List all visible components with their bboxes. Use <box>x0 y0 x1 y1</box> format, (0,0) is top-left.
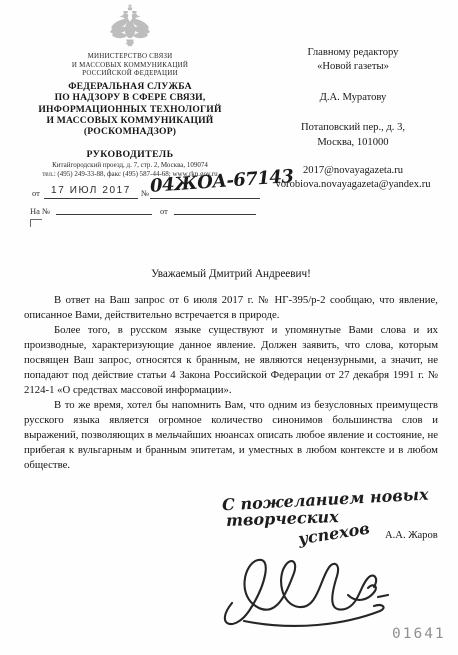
reply-from-label: от <box>160 206 168 216</box>
body-paragraph: Более того, в русском языке существуют и… <box>24 323 438 398</box>
reply-number-line <box>56 214 152 215</box>
agency-line: ФЕДЕРАЛЬНАЯ СЛУЖБА <box>10 81 250 92</box>
addressee-role-line: «Новой газеты» <box>252 60 454 74</box>
agency-line: ПО НАДЗОРУ В СФЕРЕ СВЯЗИ, <box>10 92 250 103</box>
addressee-address-line: Потаповский пер., д. 3, <box>252 121 454 135</box>
letterhead-address: Китайгородский проезд, д. 7, стр. 2, Мос… <box>10 161 250 170</box>
agency-line: (РОСКОМНАДЗОР) <box>10 126 250 137</box>
spacer <box>252 150 454 164</box>
outgoing-from-label: от <box>32 188 40 198</box>
signature-scrawl <box>202 533 392 633</box>
reply-to-label: На № <box>30 206 50 216</box>
ministry-line: И МАССОВЫХ КОММУНИКАЦИЙ <box>10 61 250 70</box>
outgoing-number-label: № <box>141 188 149 198</box>
position-title: РУКОВОДИТЕЛЬ <box>10 149 250 160</box>
addressee-role-line: Главному редактору <box>252 46 454 60</box>
addressee-name: Д.А. Муратову <box>252 91 454 105</box>
ministry-name: МИНИСТЕРСТВО СВЯЗИ И МАССОВЫХ КОММУНИКАЦ… <box>10 52 250 78</box>
coat-of-arms-eagle-icon <box>109 4 151 50</box>
body-paragraph: В ответ на Ваш запрос от 6 июля 2017 г. … <box>24 293 438 323</box>
agency-line: ИНФОРМАЦИОННЫХ ТЕХНОЛОГИЙ <box>10 104 250 115</box>
spacer <box>252 75 454 91</box>
body-paragraph: В то же время, хотел бы напомнить Вам, ч… <box>24 398 438 473</box>
outgoing-date-stamp: 17 ИЮЛ 2017 <box>44 185 138 199</box>
ministry-line: РОССИЙСКОЙ ФЕДЕРАЦИИ <box>10 69 250 78</box>
address-corner-mark <box>30 219 42 227</box>
agency-name: ФЕДЕРАЛЬНАЯ СЛУЖБА ПО НАДЗОРУ В СФЕРЕ СВ… <box>10 81 250 138</box>
scan-page-number: 01641 <box>392 626 446 642</box>
salutation: Уважаемый Дмитрий Андреевич! <box>24 268 438 280</box>
addressee-block: Главному редактору «Новой газеты» Д.А. М… <box>252 46 454 193</box>
letter-body: Уважаемый Дмитрий Андреевич! В ответ на … <box>24 268 438 473</box>
agency-line: И МАССОВЫХ КОММУНИКАЦИЙ <box>10 115 250 126</box>
reply-date-line <box>174 214 256 215</box>
letterhead-block: МИНИСТЕРСТВО СВЯЗИ И МАССОВЫХ КОММУНИКАЦ… <box>10 4 250 179</box>
spacer <box>252 105 454 121</box>
addressee-address-line: Москва, 101000 <box>252 136 454 150</box>
addressee-email: 2017@novayagazeta.ru <box>252 164 454 178</box>
outgoing-number-line <box>150 198 260 199</box>
scanned-letter-page: МИНИСТЕРСТВО СВЯЗИ И МАССОВЫХ КОММУНИКАЦ… <box>0 0 458 655</box>
addressee-email: vorobiova.novayagazeta@yandex.ru <box>252 178 454 192</box>
signer-name: А.А. Жаров <box>385 530 438 541</box>
ministry-line: МИНИСТЕРСТВО СВЯЗИ <box>10 52 250 61</box>
